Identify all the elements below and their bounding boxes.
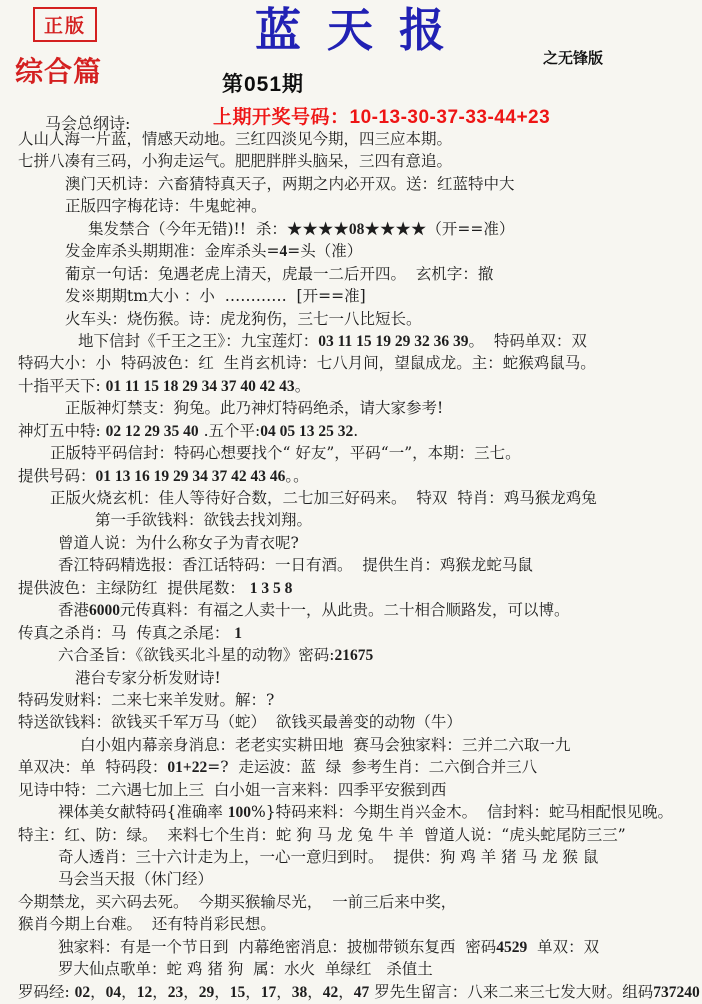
report-line-7: 葡京一句话：兔遇老虎上清天，虎最一二后开四。 玄机字：撤 bbox=[0, 263, 702, 285]
report-line-6: 发金库杀头期期准：金库杀头=4=头（准） bbox=[0, 240, 702, 262]
report-line-11: 特码大小：小 特码波色：红 生肖玄机诗：七八月间，望鼠成龙。主：蛇猴鸡鼠马。 bbox=[0, 352, 702, 374]
report-line-23: 传真之杀肖：马 传真之杀尾： 1 bbox=[0, 622, 702, 644]
report-line-9: 火车头：烧伤猴。诗：虎龙狗伤，三七一八比短长。 bbox=[0, 308, 702, 330]
report-line-29: 单双决：单 特码段：01+22=? 走运波：蓝 绿 参考生肖：二六倒合并三八 bbox=[0, 756, 702, 778]
report-line-4: 正版四字梅花诗：牛鬼蛇神。 bbox=[0, 195, 702, 217]
report-line-10: 地下信封《千王之王》：九宝莲灯：03 11 15 19 29 32 36 39。… bbox=[0, 330, 702, 352]
report-line-28: 白小姐内幕亲身消息：老老实实耕田地 赛马会独家料：三并二六取一九 bbox=[0, 734, 702, 756]
report-line-21: 提供波色：主绿防红 提供尾数： 1 3 5 8 bbox=[0, 577, 702, 599]
report-line-36: 猴肖今期上台难。 还有特肖彩民想。 bbox=[0, 913, 702, 935]
report-line-37: 独家料：有是一个节日到 内幕绝密消息：披枷带锁东复西 密码4529 单双：双 bbox=[0, 936, 702, 958]
newspaper-page: 正版 蓝天报 之无锋版 综合篇 第051期 马会总纲诗: 上期开奖号码：10-1… bbox=[0, 0, 702, 1004]
edition-label: 之无锋版 bbox=[543, 47, 603, 68]
report-line-19: 曾道人说：为什么称女子为青衣呢? bbox=[0, 532, 702, 554]
section-label: 综合篇 bbox=[15, 50, 102, 90]
report-body: 人山人海一片蓝，情感天动地。三红四淡见今期，四三应本期。七拼八凑有三码，小狗走运… bbox=[0, 128, 702, 1003]
report-line-18: 第一手欲钱料：欲钱去找刘翔。 bbox=[0, 509, 702, 531]
issue-number: 第051期 bbox=[222, 68, 304, 98]
report-line-15: 正版特平码信封：特码心想要找个“ 好友”，平码“一”，本期：三七。 bbox=[0, 442, 702, 464]
report-line-35: 今期禁龙，买六码去死。 今期买猴输尽光， 一前三后来中奖， bbox=[0, 891, 702, 913]
report-line-14: 神灯五中特: 02 12 29 35 40 .五个平:04 05 13 25 3… bbox=[0, 420, 702, 442]
report-line-16: 提供号码：01 13 16 19 29 34 37 42 43 46。。 bbox=[0, 465, 702, 487]
authentic-badge: 正版 bbox=[33, 7, 97, 42]
report-line-26: 特码发财料：二来七来羊发财。解：? bbox=[0, 689, 702, 711]
report-line-27: 特送欲钱料：欲钱买千军万马（蛇） 欲钱买最善变的动物（牛） bbox=[0, 711, 702, 733]
report-line-8: 发※期期tm大小 ：小 ………… [开==准] bbox=[0, 285, 702, 307]
report-line-30: 见诗中特：二六遇七加上三 白小姐一言来料：四季平安猴到西 bbox=[0, 779, 702, 801]
report-line-20: 香江特码精选报：香江话特码：一日有酒。 提供生肖：鸡猴龙蛇马鼠 bbox=[0, 554, 702, 576]
last-draw-numbers: 上期开奖号码：10-13-30-37-33-44+23 bbox=[213, 102, 550, 129]
report-line-38: 罗大仙点歌单：蛇 鸡 猪 狗 属：水火 单绿红 杀值土 bbox=[0, 958, 702, 980]
report-line-17: 正版火烧玄机：佳人等待好合数，二七加三好码来。 特双 特肖：鸡马猴龙鸡兔 bbox=[0, 487, 702, 509]
report-line-34: 马会当天报（休门经） bbox=[0, 868, 702, 890]
report-line-2: 七拼八凑有三码，小狗走运气。肥肥胖胖头脑呆，三四有意追。 bbox=[0, 150, 702, 172]
report-line-12: 十指平天下: 01 11 15 18 29 34 37 40 42 43。 bbox=[0, 375, 702, 397]
report-line-13: 正版神灯禁支：狗兔。此乃神灯特码绝杀，请大家参考! bbox=[0, 397, 702, 419]
report-line-39: 罗码经: 02，04，12，23，29，15，17，38，42，47 罗先生留言… bbox=[0, 981, 702, 1003]
report-line-5: 集发禁合（今年无错)!! 杀：★★★★08★★★★（开==准） bbox=[0, 218, 702, 240]
report-line-22: 香港6000元传真料：有福之人卖十一，从此贵。二十相合顺路发，可以博。 bbox=[0, 599, 702, 621]
report-line-3: 澳门天机诗：六畜猜特真天子，两期之内必开双。送：红蓝特中大 bbox=[0, 173, 702, 195]
report-line-25: 港台专家分析发财诗! bbox=[0, 667, 702, 689]
report-line-33: 奇人透肖：三十六计走为上，一心一意归到时。 提供：狗 鸡 羊 猪 马 龙 猴 鼠 bbox=[0, 846, 702, 868]
paper-title: 蓝天报 bbox=[150, 0, 550, 60]
report-line-31: 裸体美女献特码{准确率 100%}特码来料：今期生肖兴金木。 信封料：蛇马相配恨… bbox=[0, 801, 702, 823]
report-line-1: 人山人海一片蓝，情感天动地。三红四淡见今期，四三应本期。 bbox=[0, 128, 702, 150]
report-line-24: 六合圣旨：《欲钱买北斗星的动物》密码:21675 bbox=[0, 644, 702, 666]
report-line-32: 特主：红、防：绿。 来料七个生肖：蛇 狗 马 龙 兔 牛 羊 曾道人说：“虎头蛇… bbox=[0, 824, 702, 846]
